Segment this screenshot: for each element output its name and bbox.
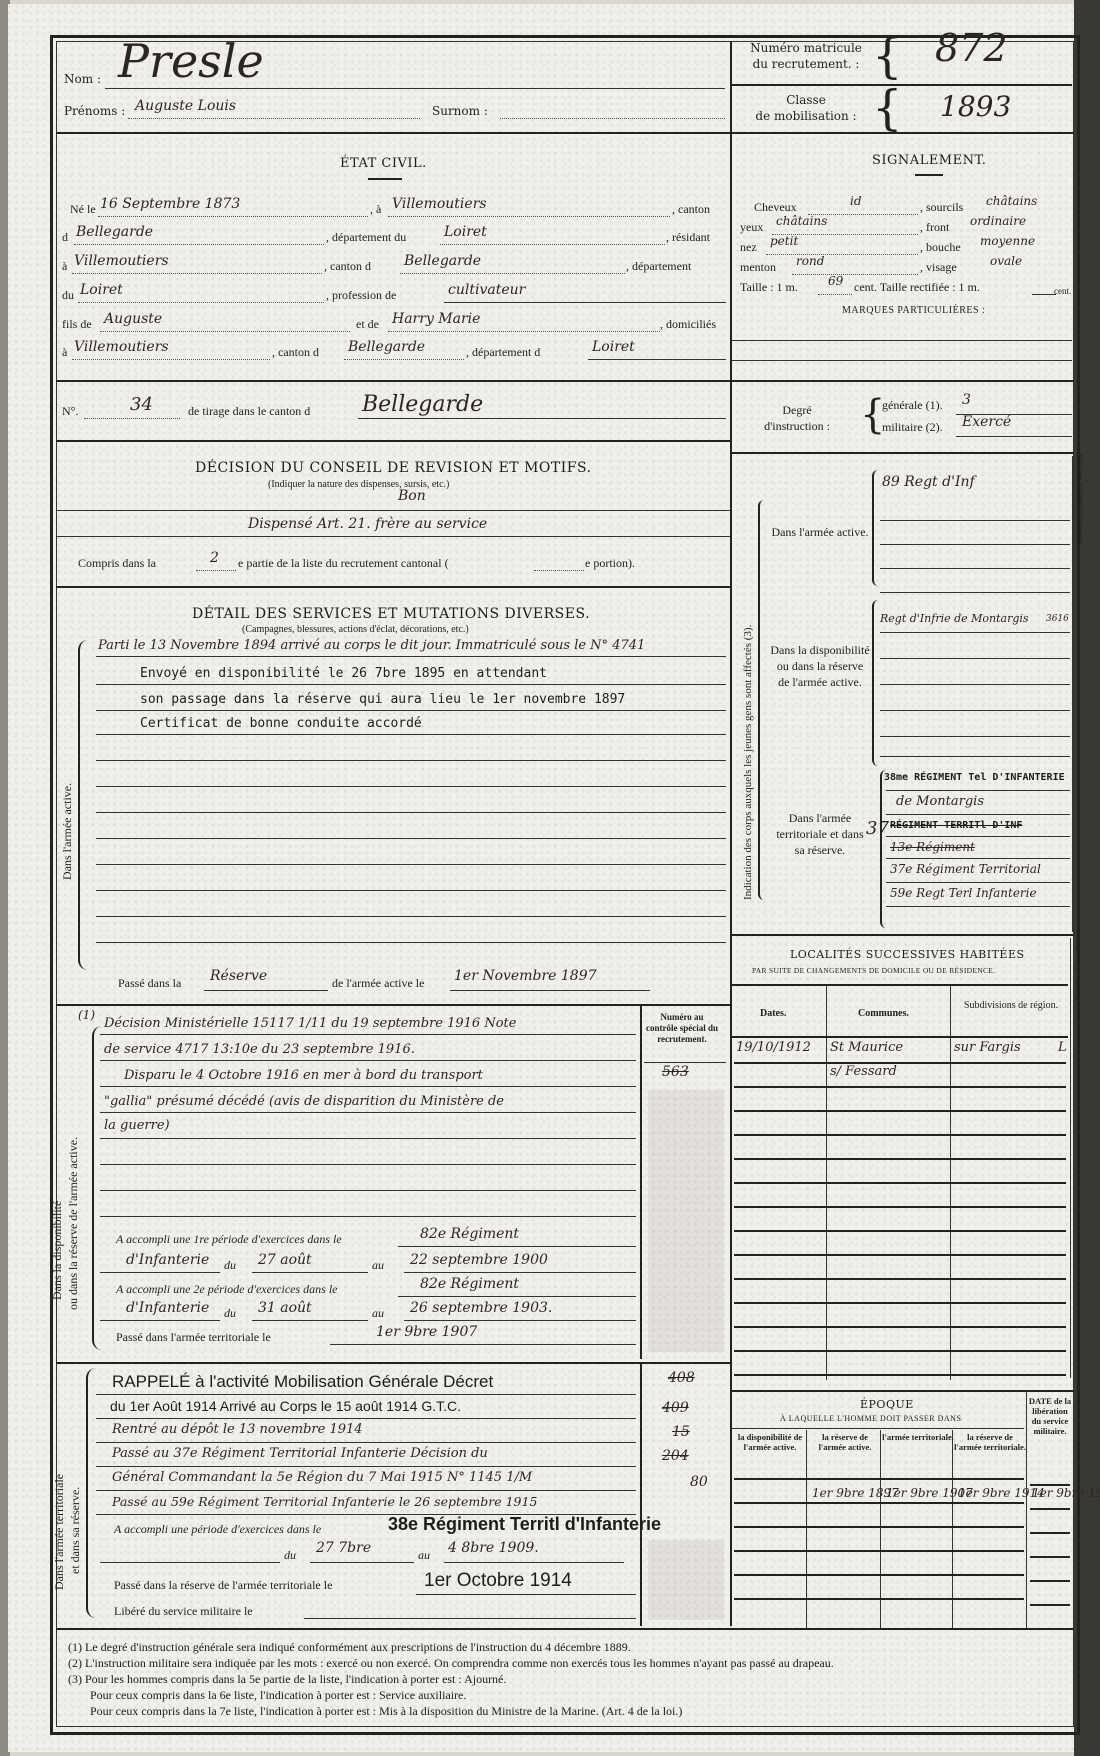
sourcils-value: châtains [986,194,1037,208]
domicile-a-label: à [62,345,67,360]
departement2-value: Loiret [80,282,123,298]
field-line [74,244,324,245]
departement3-label: , département d [466,345,540,360]
field-line [404,1320,636,1321]
controle-value-3: 15 [672,1424,690,1440]
periode1-du-label: du [224,1258,236,1273]
controle-value-4: 204 [662,1448,689,1464]
footnote-1: (1) Le degré d'instruction générale sera… [68,1640,631,1655]
disponibilite-line-3: Disparu le 4 Octobre 1916 en mer à bord … [124,1068,483,1083]
field-line [196,570,236,571]
periode2-regiment-2: d'Infanterie [126,1300,209,1316]
territoriale-line-2: du 1er Août 1914 Arrivé au Corps le 15 a… [110,1398,461,1414]
epoque-col-divider [1026,1392,1027,1628]
decision-line-1: Bon [398,488,426,504]
localites-row-line [734,1230,1066,1232]
departement2-label: , département [626,259,691,274]
field-line [886,882,1070,883]
field-line [96,684,726,685]
departement3-value: Loiret [592,339,635,355]
nom-line [105,88,725,89]
field-line [388,331,660,332]
epoque-row-line [734,1478,1024,1480]
lieu-naissance-value: Villemoutiers [392,196,487,212]
field-line [100,331,350,332]
field-line [534,570,584,571]
corps-territoriale-value-6: 59e Regt Terl Infanterie [890,886,1037,900]
menton-label: menton [740,260,776,275]
field-line [404,1272,636,1273]
corps-disponibilite-value-1: Regt d'Infrie de Montargis [880,612,1029,625]
et-de-label: et de [356,317,379,332]
controle-value-1: 408 [668,1370,695,1386]
pere-value: Auguste [104,311,162,327]
services-subtitle: (Campagnes, blessures, actions d'éclat, … [242,624,469,635]
corps-disponibilite-label: Dans la disponibilité ou dans la réserve… [770,642,870,690]
periode2-du-label: du [224,1306,236,1321]
disponibilite-divider [56,1362,730,1364]
decision-line-2: Dispensé Art. 21. frère au service [248,516,487,532]
bracket [872,600,878,766]
localites-header-line [732,984,1068,986]
territoriale-label: Passé dans l'armée territoriale le [116,1330,271,1345]
field-line [96,656,726,657]
tirage-canton-value: Bellegarde [362,392,483,417]
corps-territoriale-value-4: 13e Régiment [890,840,975,854]
corps-territoriale-value-2: de Montargis [896,794,984,809]
epoque-top-line [732,1390,1074,1392]
corps-active-value-1: 89 Regt d'Inf [882,474,975,490]
yeux-value: châtains [776,214,827,228]
classe-value: 1893 [940,90,1011,123]
field-line [880,592,1070,593]
localites-row-subdivision: sur Fargis [954,1040,1021,1055]
field-line [450,990,650,991]
field-line [98,216,368,217]
localites-row-line [734,1350,1066,1352]
services-side-label: Dans l'armée active. [60,783,75,880]
controle-value-5: 80 [690,1474,708,1490]
field-line [388,216,670,217]
epoque-row-line [734,1550,1024,1552]
bracket [872,470,878,586]
a-label: , à [370,202,381,217]
localites-row-line [734,1302,1066,1304]
epoque-row-line [1030,1580,1070,1582]
field-line [78,302,324,303]
footnote-4: Pour ceux compris dans la 6e liste, l'in… [90,1688,466,1703]
instruction-label-2: d'instruction : [752,418,842,434]
field-line [100,1216,636,1217]
territoriale-value: 1er 9bre 1907 [376,1324,477,1340]
corps-territoriale-value-1: 38me RÉGIMENT Tel D'INFANTERIE [884,772,1065,783]
services-line-2: Envoyé en disponibilité le 26 7bre 1895 … [140,666,547,681]
epoque-value: 1er 9bre 1920 [1032,1486,1100,1500]
territoriale-line-3: Rentré au dépôt le 13 novembre 1914 [112,1422,363,1437]
field-line [96,786,726,787]
epoque-row-line [734,1574,1024,1576]
disponibilite-side-label-2: ou dans la réserve de l'armée active. [66,1137,81,1310]
disponibilite-line-2: de service 4717 13:10e du 23 septembre 1… [104,1042,415,1057]
epoque-row-line [734,1526,1024,1528]
etat-civil-title: ÉTAT CIVIL. [340,156,427,171]
passe-value-2: 1er Novembre 1897 [454,968,597,984]
localites-row-date: 19/10/1912 [736,1040,811,1055]
epoque-row-line [1030,1556,1070,1558]
field-line [444,302,726,303]
classe-label: Classe de mobilisation : [742,92,870,124]
surnom-label: Surnom : [432,104,488,118]
epoque-row-line [1030,1508,1070,1510]
departement-label: , département du [326,230,406,245]
territoriale-line-5: Général Commandant la 5e Région du 7 Mai… [112,1470,532,1485]
ne-le-value: 16 Septembre 1873 [100,196,240,212]
periode2-du: 31 août [258,1300,312,1316]
periode1-regiment-2: d'Infanterie [126,1252,209,1268]
disponibilite-line-4: "gallia" présumé décédé (avis de dispari… [104,1094,504,1109]
field-line [880,684,1070,685]
matricule-value: 872 [935,26,1008,70]
territoriale-side-label-2: et dans sa réserve. [68,1487,83,1574]
profession-label: , profession de [326,288,396,303]
field-line [84,418,180,419]
menton-value: rond [796,254,824,268]
instruction-label: Degré d'instruction : [752,402,842,434]
territoriale-au: 4 8bre 1909. [448,1540,539,1556]
sourcils-label: , sourcils [920,200,963,215]
epoque-col-header: la réserve de l'armée territoriale. [954,1432,1026,1452]
territoriale-periode-regiment: 38e Régiment Territl d'Infanterie [388,1514,661,1535]
field-line [880,632,1070,633]
controle-value: 563 [662,1064,689,1080]
field-line [96,864,726,865]
domicile-value: Villemoutiers [74,339,169,355]
localites-subtitle: PAR SUITE DE CHANGEMENTS DE DOMICILE OU … [752,966,995,975]
tirage-divider [56,440,730,442]
field-line [100,1272,220,1273]
field-line [792,274,918,275]
matricule-label-2: du recrutement. : [742,56,870,72]
epoque-col-header: DATE de la libération du service militai… [1028,1396,1072,1436]
shaded-area [648,1540,724,1620]
matricule-label: Numéro matricule du recrutement. : [742,40,870,72]
corps-territoriale-value-5: 37e Régiment Territorial [890,862,1041,876]
localites-col-dates: Dates. [760,1008,786,1019]
field-line [100,1164,636,1165]
d-label: d [62,230,68,245]
localites-row-extra: L [1058,1040,1067,1055]
epoque-col-header: l'armée territoriale. [882,1432,954,1442]
compris-label-3: e portion). [585,556,635,571]
localites-right-divider [1070,938,1071,1378]
services-line-1: Parti le 13 Novembre 1894 arrivé au corp… [98,638,645,653]
tirage-no-value: 34 [130,394,153,415]
reserve-label: Passé dans la réserve de l'armée territo… [114,1578,332,1593]
field-line [886,858,1070,859]
title-underline [915,174,943,176]
prenoms-value: Auguste Louis [135,98,236,114]
localites-row-line [734,1158,1066,1160]
generale-value: 3 [962,392,971,408]
controle-divider [640,1006,642,1359]
field-line [732,340,1072,341]
corps-active-label: Dans l'armée active. [770,524,870,540]
canton-value: Bellegarde [76,224,153,240]
etat-civil-divider [56,380,730,382]
classe-divider [732,132,1074,134]
canton3-value: Bellegarde [348,339,425,355]
field-line [416,1594,636,1595]
field-line [956,436,1072,437]
corps-territoriale-value-3: RÉGIMENT TERRITl D'INF [890,820,1022,831]
field-line [100,1086,636,1087]
shaded-area [648,1090,724,1352]
taille-label: Taille : 1 m. [740,280,798,295]
passe-label-1: Passé dans la [118,976,181,991]
localites-row-line [734,1110,1066,1112]
bouche-value: moyenne [980,234,1035,248]
field-line [96,1418,636,1419]
field-line [96,760,726,761]
margin-note: (1) [78,1008,95,1022]
epoque-col-header: la réserve de l'armée active. [808,1432,882,1452]
services-line-3: son passage dans la réserve qui aura lie… [140,692,625,707]
nom-value: Presle [118,34,264,88]
field-line [330,1344,636,1345]
header-divider [56,132,730,134]
departement-value: Loiret [444,224,487,240]
prenoms-line [128,118,420,119]
corps-divider [732,934,1074,936]
territoriale-line-4: Passé au 37e Régiment Territorial Infant… [112,1446,488,1461]
epoque-row-line [734,1598,1024,1600]
controle-header: Numéro au contrôle spécial du recrutemen… [644,1012,720,1045]
nom-label: Nom : [64,72,101,86]
field-line [398,1296,636,1297]
classe-label-1: Classe [742,92,870,108]
tirage-no-label: N°. [62,404,78,419]
signalement-title: SIGNALEMENT. [872,153,986,168]
marques-label: MARQUES PARTICULIÈRES : [842,305,985,316]
disponibilite-side-label-1: Dans la disponibilité [50,1201,65,1300]
territoriale-line-1: RAPPELÉ à l'activité Mobilisation Généra… [112,1372,493,1392]
epoque-row-line [734,1502,1024,1504]
bouche-label: , bouche [920,240,961,255]
periode2-regiment: 82e Régiment [420,1276,519,1292]
field-line [880,520,1070,521]
reserve-value: 1er Octobre 1914 [424,1570,572,1592]
periode1-du: 27 août [258,1252,312,1268]
field-line [100,1112,636,1113]
localites-row-line [734,1062,1066,1064]
epoque-row-line [1030,1484,1070,1486]
localites-row-commune: St Maurice [830,1040,903,1055]
title-underline [368,178,402,180]
field-line [100,1138,636,1139]
field-line [96,1442,636,1443]
nez-value: petit [770,234,798,248]
bracket [880,770,886,928]
militaire-label: militaire (2). [882,420,943,435]
field-line [72,273,322,274]
bracket [758,500,764,900]
residant-a-label: à [62,259,67,274]
field-line [96,1490,636,1491]
territoriale-du: 27 7bre [316,1540,371,1556]
canton3-label: , canton d [272,345,319,360]
bracket [92,1026,102,1350]
tirage-label: de tirage dans le canton d [188,404,310,419]
field-line [886,814,1070,815]
instruction-divider [732,452,1074,454]
field-line [96,1466,636,1467]
field-line [880,658,1070,659]
localites-row-commune: s/ Fessard [830,1064,897,1079]
periode2-label: A accompli une 2e période d'exercices da… [116,1282,338,1297]
passe-value-1: Réserve [210,968,267,984]
domicilies-label: , domiciliés [660,317,716,332]
libere-label: Libéré du service militaire le [114,1604,253,1619]
disponibilite-line-1: Décision Ministérielle 15117 1/11 du 19 … [104,1016,516,1031]
field-line [100,1190,636,1191]
field-line [818,294,852,295]
field-line [96,942,726,943]
footnote-5: Pour ceux compris dans la 7e liste, l'in… [90,1704,682,1719]
bracket [78,640,88,970]
field-line [880,568,1070,569]
localites-col-communes: Communes. [858,1008,909,1019]
services-divider [56,1004,730,1006]
signalement-divider [732,380,1074,382]
field-line [100,1320,220,1321]
field-line [96,838,726,839]
field-line [344,359,464,360]
field-line [204,990,328,991]
field-line [56,510,730,511]
taille-cent-label: cent. Taille rectifiée : 1 m. [854,280,980,295]
field-line [96,812,726,813]
field-line [880,736,1070,737]
localites-col-subdivisions: Subdivisions de région. [956,1000,1066,1012]
services-title: DÉTAIL DES SERVICES ET MUTATIONS DIVERSE… [192,606,590,622]
front-label: , front [920,220,949,235]
cheveux-label: Cheveux [754,200,797,215]
field-line [886,836,1070,837]
territoriale-periode-label: A accompli une période d'exercices dans … [114,1522,321,1537]
militaire-value: Exercé [962,414,1011,430]
mere-value: Harry Marie [392,311,480,327]
du-label: du [62,288,74,303]
epoque-subtitle: À LAQUELLE L'HOMME DOIT PASSER DANS [780,1414,961,1423]
localites-row-line [734,1278,1066,1280]
periode1-regiment: 82e Régiment [420,1226,519,1242]
field-line [400,273,625,274]
field-line [588,359,726,360]
yeux-label: yeux [740,220,763,235]
territoriale-side-label-1: Dans l'armée territoriale [52,1474,67,1590]
field-line [96,710,726,711]
field-line [252,1320,368,1321]
services-line-4: Certificat de bonne conduite accordé [140,716,422,731]
classe-label-2: de mobilisation : [742,108,870,124]
resident-label: , résidant [666,230,710,245]
localites-row-line [734,1134,1066,1136]
canton2-label: , canton d [324,259,371,274]
bracket [86,1368,96,1618]
generale-label: générale (1). [882,398,943,413]
periode1-au-label: au [372,1258,384,1273]
fils-de-label: fils de [62,317,92,332]
field-line [56,536,730,537]
localites-columns-line [732,1036,1068,1038]
front-value: ordinaire [970,214,1026,228]
field-line [886,790,1070,791]
corps-side-label: Indication des corps auxquels les jeunes… [742,625,754,900]
epoque-subtitle-line [732,1428,1024,1429]
decision-title: DÉCISION DU CONSEIL DE REVISION ET MOTIF… [195,460,592,476]
field-line [96,890,726,891]
field-line [96,1394,636,1395]
compris-label-2: e partie de la liste du recrutement cant… [238,556,449,571]
epoque-row-line [1030,1532,1070,1534]
cent-label: cent. [1054,286,1071,296]
localites-row-line [734,1206,1066,1208]
periode1-au: 22 septembre 1900 [410,1252,548,1268]
matricule-label-1: Numéro matricule [742,40,870,56]
field-line [96,734,726,735]
visage-value: ovale [990,254,1022,268]
periode2-au-label: au [372,1306,384,1321]
footnotes-divider [56,1628,1074,1630]
localites-row-line [734,1326,1066,1328]
periode2-au: 26 septembre 1903. [410,1300,552,1316]
decision-divider [56,586,730,588]
field-line [358,418,726,419]
corps-right-divider [1072,456,1073,932]
taille-value: 69 [828,274,843,288]
field-line [880,544,1070,545]
localites-title: LOCALITÉS SUCCESSIVES HABITÉES [790,948,1025,961]
field-line [444,1562,624,1563]
field-line [732,360,1072,361]
territoriale-au-label: au [418,1548,430,1563]
disponibilite-line-5: la guerre) [104,1118,170,1133]
field-line [1032,294,1056,295]
field-line [310,1562,414,1563]
field-line [100,1060,636,1061]
profession-value: cultivateur [448,282,525,298]
corps-disponibilite-number: 3616 [1046,614,1069,624]
canton2-value: Bellegarde [404,253,481,269]
visage-label: , visage [920,260,957,275]
field-line [100,1034,636,1035]
field-line [252,1272,368,1273]
brace-icon: { [872,80,903,136]
epoque-title: ÉPOQUE [860,1398,914,1411]
territoriale-line-6: Passé au 59e Régiment Territorial Infant… [112,1494,537,1509]
controle-value-2: 409 [662,1400,689,1416]
localites-row-line [734,1254,1066,1256]
field-line [880,756,1070,757]
localites-side-label: Numéros de la commune [1074,930,1082,1000]
epoque-col-header: la disponibilité de l'armée active. [732,1432,808,1452]
brace-icon: { [872,28,903,84]
surnom-line [500,118,725,119]
field-line [304,1618,636,1619]
field-line [72,359,270,360]
passe-label-2: de l'armée active le [332,976,424,991]
field-line [100,1562,280,1563]
